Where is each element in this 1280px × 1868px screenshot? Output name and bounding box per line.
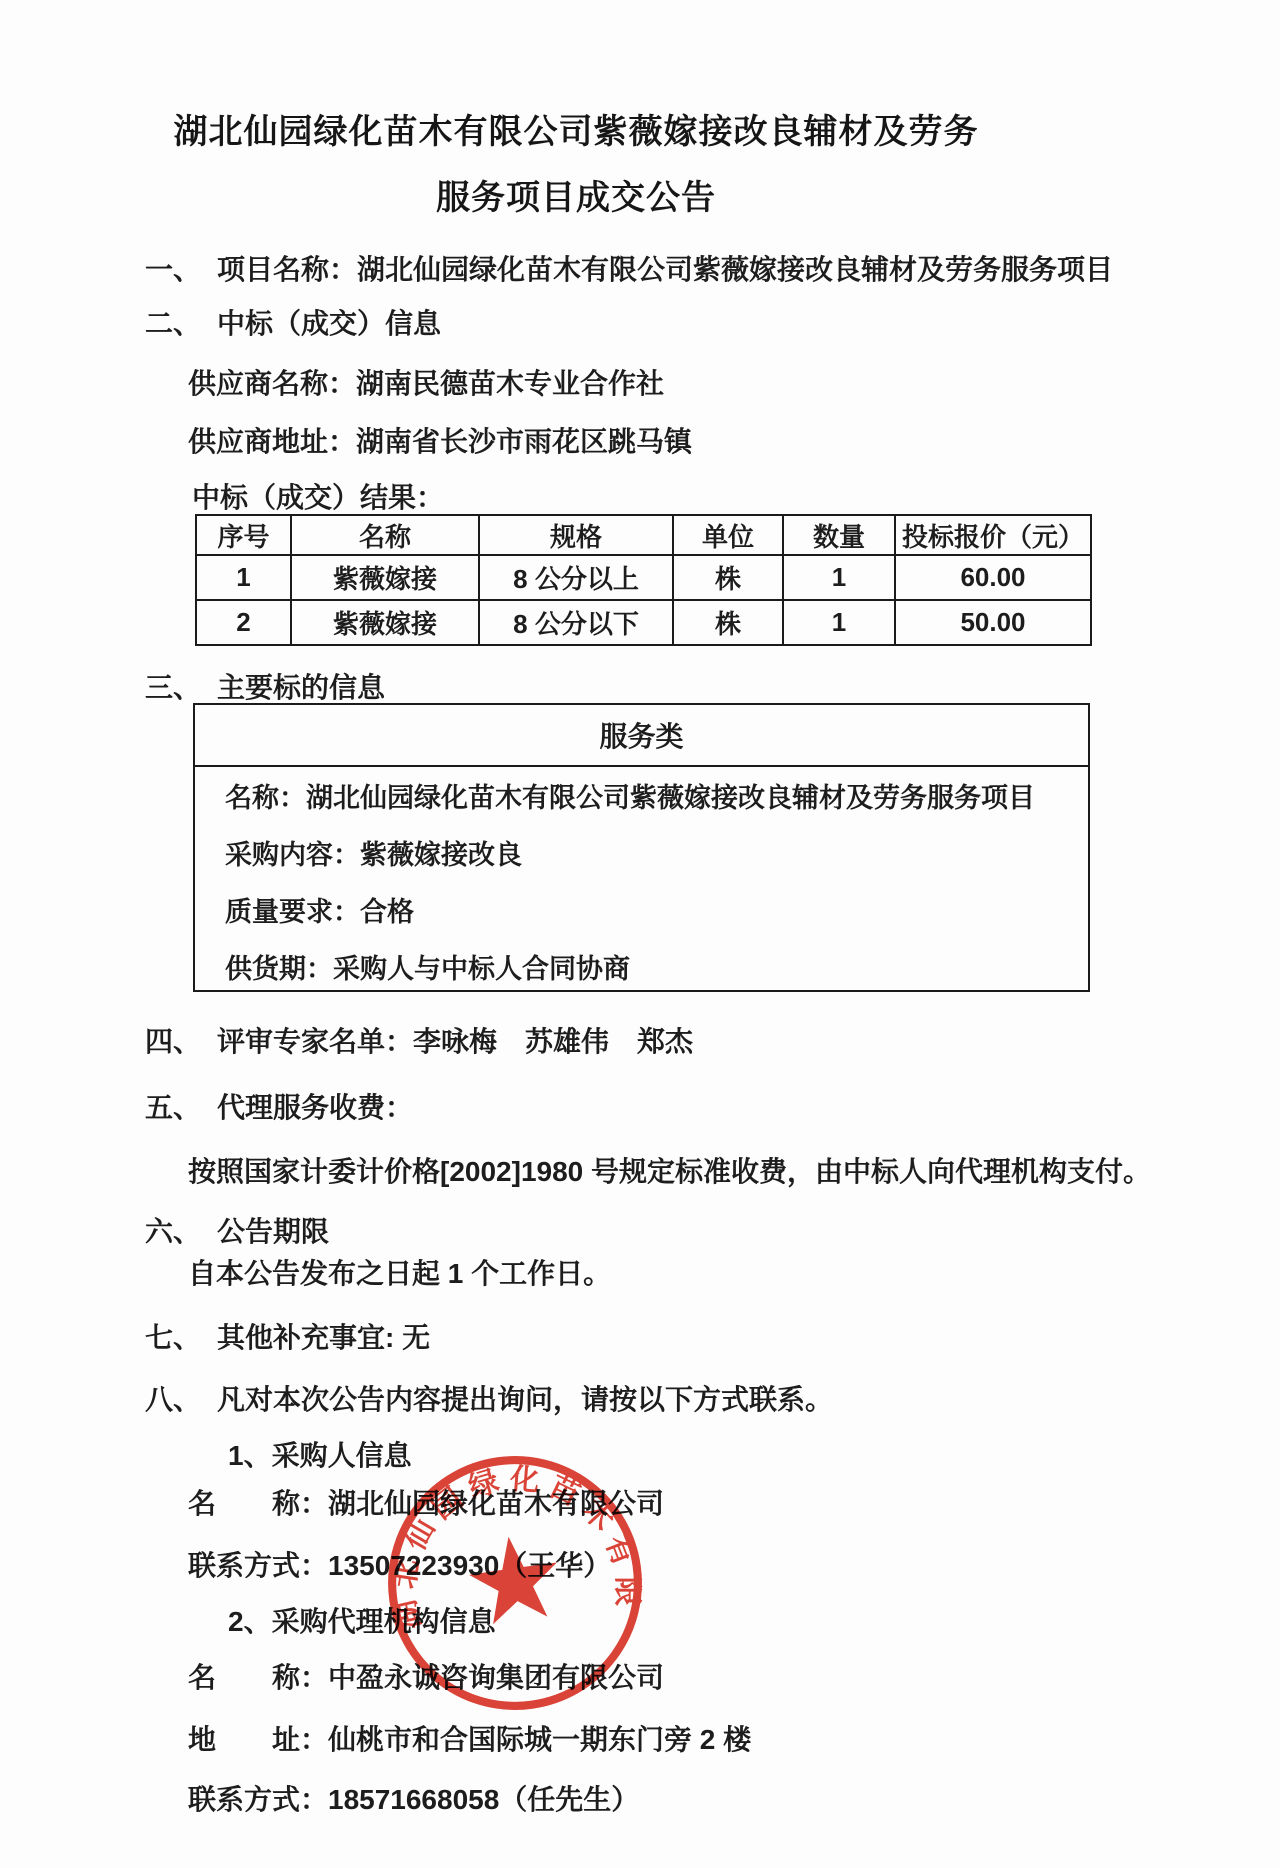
section-8-text: 凡对本次公告内容提出询问，请按以下方式联系。 bbox=[217, 1378, 833, 1418]
cell-index: 1 bbox=[196, 555, 291, 600]
cell-price: 60.00 bbox=[895, 555, 1091, 600]
document-title-line2: 服务项目成交公告 bbox=[0, 170, 1152, 219]
cell-spec: 8 公分以上 bbox=[479, 555, 673, 600]
table-row: 2 紫薇嫁接 8 公分以下 株 1 50.00 bbox=[196, 600, 1091, 645]
supplier-name: 供应商名称：湖南民德苗木专业合作社 bbox=[188, 362, 664, 402]
section-3-text: 主要标的信息 bbox=[217, 666, 385, 706]
section-1-text: 项目名称：湖北仙园绿化苗木有限公司紫薇嫁接改良辅材及劳务服务项目 bbox=[217, 248, 1113, 288]
col-header-name: 名称 bbox=[291, 515, 479, 555]
cell-qty: 1 bbox=[783, 555, 895, 600]
section-6-announcement-period: 六、 公告期限 bbox=[145, 1210, 329, 1250]
cell-index: 2 bbox=[196, 600, 291, 645]
section-7-text: 其他补充事宜: 无 bbox=[217, 1316, 430, 1356]
section-5-agency-fee: 五、 代理服务收费： bbox=[145, 1086, 413, 1126]
subject-table-header: 服务类 bbox=[195, 705, 1088, 767]
award-result-table: 序号 名称 规格 单位 数量 投标报价（元） 1 紫薇嫁接 8 公分以上 株 1… bbox=[195, 514, 1092, 646]
section-7-number: 七、 bbox=[145, 1316, 201, 1356]
section-6-number: 六、 bbox=[145, 1210, 201, 1250]
cell-name: 紫薇嫁接 bbox=[291, 600, 479, 645]
section-1-number: 一、 bbox=[145, 248, 201, 288]
supplier-address: 供应商地址：湖南省长沙市雨花区跳马镇 bbox=[188, 420, 692, 460]
section-8-number: 八、 bbox=[145, 1378, 201, 1418]
cell-unit: 株 bbox=[673, 555, 783, 600]
section-7-other-matters: 七、 其他补充事宜: 无 bbox=[145, 1316, 430, 1356]
buyer-info-heading: 1、采购人信息 bbox=[228, 1434, 412, 1474]
subject-row-content: 采购内容：紫薇嫁接改良 bbox=[195, 824, 1088, 881]
subject-row-name: 名称：湖北仙园绿化苗木有限公司紫薇嫁接改良辅材及劳务服务项目 bbox=[195, 767, 1088, 824]
col-header-index: 序号 bbox=[196, 515, 291, 555]
cell-spec: 8 公分以下 bbox=[479, 600, 673, 645]
document-page: 湖北仙园绿化苗木有限公司紫薇嫁接改良辅材及劳务 服务项目成交公告 一、 项目名称… bbox=[0, 0, 1280, 1868]
document-title-line1: 湖北仙园绿化苗木有限公司紫薇嫁接改良辅材及劳务 bbox=[0, 104, 1152, 153]
table-header-row: 序号 名称 规格 单位 数量 投标报价（元） bbox=[196, 515, 1091, 555]
section-5-number: 五、 bbox=[145, 1086, 201, 1126]
section-4-experts: 四、 评审专家名单：李咏梅 苏雄伟 郑杰 bbox=[145, 1020, 693, 1060]
section-8-contact-intro: 八、 凡对本次公告内容提出询问，请按以下方式联系。 bbox=[145, 1378, 833, 1418]
col-header-price: 投标报价（元） bbox=[895, 515, 1091, 555]
agent-phone: 联系方式：18571668058（任先生） bbox=[188, 1778, 639, 1818]
section-5-text: 代理服务收费： bbox=[217, 1086, 413, 1126]
col-header-unit: 单位 bbox=[673, 515, 783, 555]
section-2-text: 中标（成交）信息 bbox=[217, 302, 441, 342]
section-4-text: 评审专家名单：李咏梅 苏雄伟 郑杰 bbox=[217, 1020, 693, 1060]
section-5-body: 按照国家计委计价格[2002]1980 号规定标准收费，由中标人向代理机构支付。 bbox=[188, 1150, 1151, 1190]
agent-info-heading: 2、采购代理机构信息 bbox=[228, 1600, 496, 1640]
cell-price: 50.00 bbox=[895, 600, 1091, 645]
cell-qty: 1 bbox=[783, 600, 895, 645]
cell-unit: 株 bbox=[673, 600, 783, 645]
section-4-number: 四、 bbox=[145, 1020, 201, 1060]
section-2-award-info: 二、 中标（成交）信息 bbox=[145, 302, 441, 342]
agent-address: 地 址：仙桃市和合国际城一期东门旁 2 楼 bbox=[188, 1718, 751, 1758]
award-result-label: 中标（成交）结果： bbox=[192, 476, 444, 516]
section-6-text: 公告期限 bbox=[217, 1210, 329, 1250]
section-2-number: 二、 bbox=[145, 302, 201, 342]
section-3-subject-info: 三、 主要标的信息 bbox=[145, 666, 385, 706]
col-header-qty: 数量 bbox=[783, 515, 895, 555]
col-header-spec: 规格 bbox=[479, 515, 673, 555]
buyer-phone: 联系方式：13507223930（王华） bbox=[188, 1544, 611, 1584]
subject-row-quality: 质量要求：合格 bbox=[195, 881, 1088, 938]
table-row: 1 紫薇嫁接 8 公分以上 株 1 60.00 bbox=[196, 555, 1091, 600]
subject-info-table: 服务类 名称：湖北仙园绿化苗木有限公司紫薇嫁接改良辅材及劳务服务项目 采购内容：… bbox=[193, 703, 1090, 992]
agent-name: 名 称：中盈永诚咨询集团有限公司 bbox=[188, 1656, 664, 1696]
section-1-project-name: 一、 项目名称：湖北仙园绿化苗木有限公司紫薇嫁接改良辅材及劳务服务项目 bbox=[145, 248, 1113, 288]
cell-name: 紫薇嫁接 bbox=[291, 555, 479, 600]
buyer-name: 名 称：湖北仙园绿化苗木有限公司 bbox=[188, 1482, 664, 1522]
subject-row-delivery: 供货期：采购人与中标人合同协商 bbox=[195, 938, 1088, 995]
section-6-body: 自本公告发布之日起 1 个工作日。 bbox=[188, 1252, 611, 1292]
section-3-number: 三、 bbox=[145, 666, 201, 706]
